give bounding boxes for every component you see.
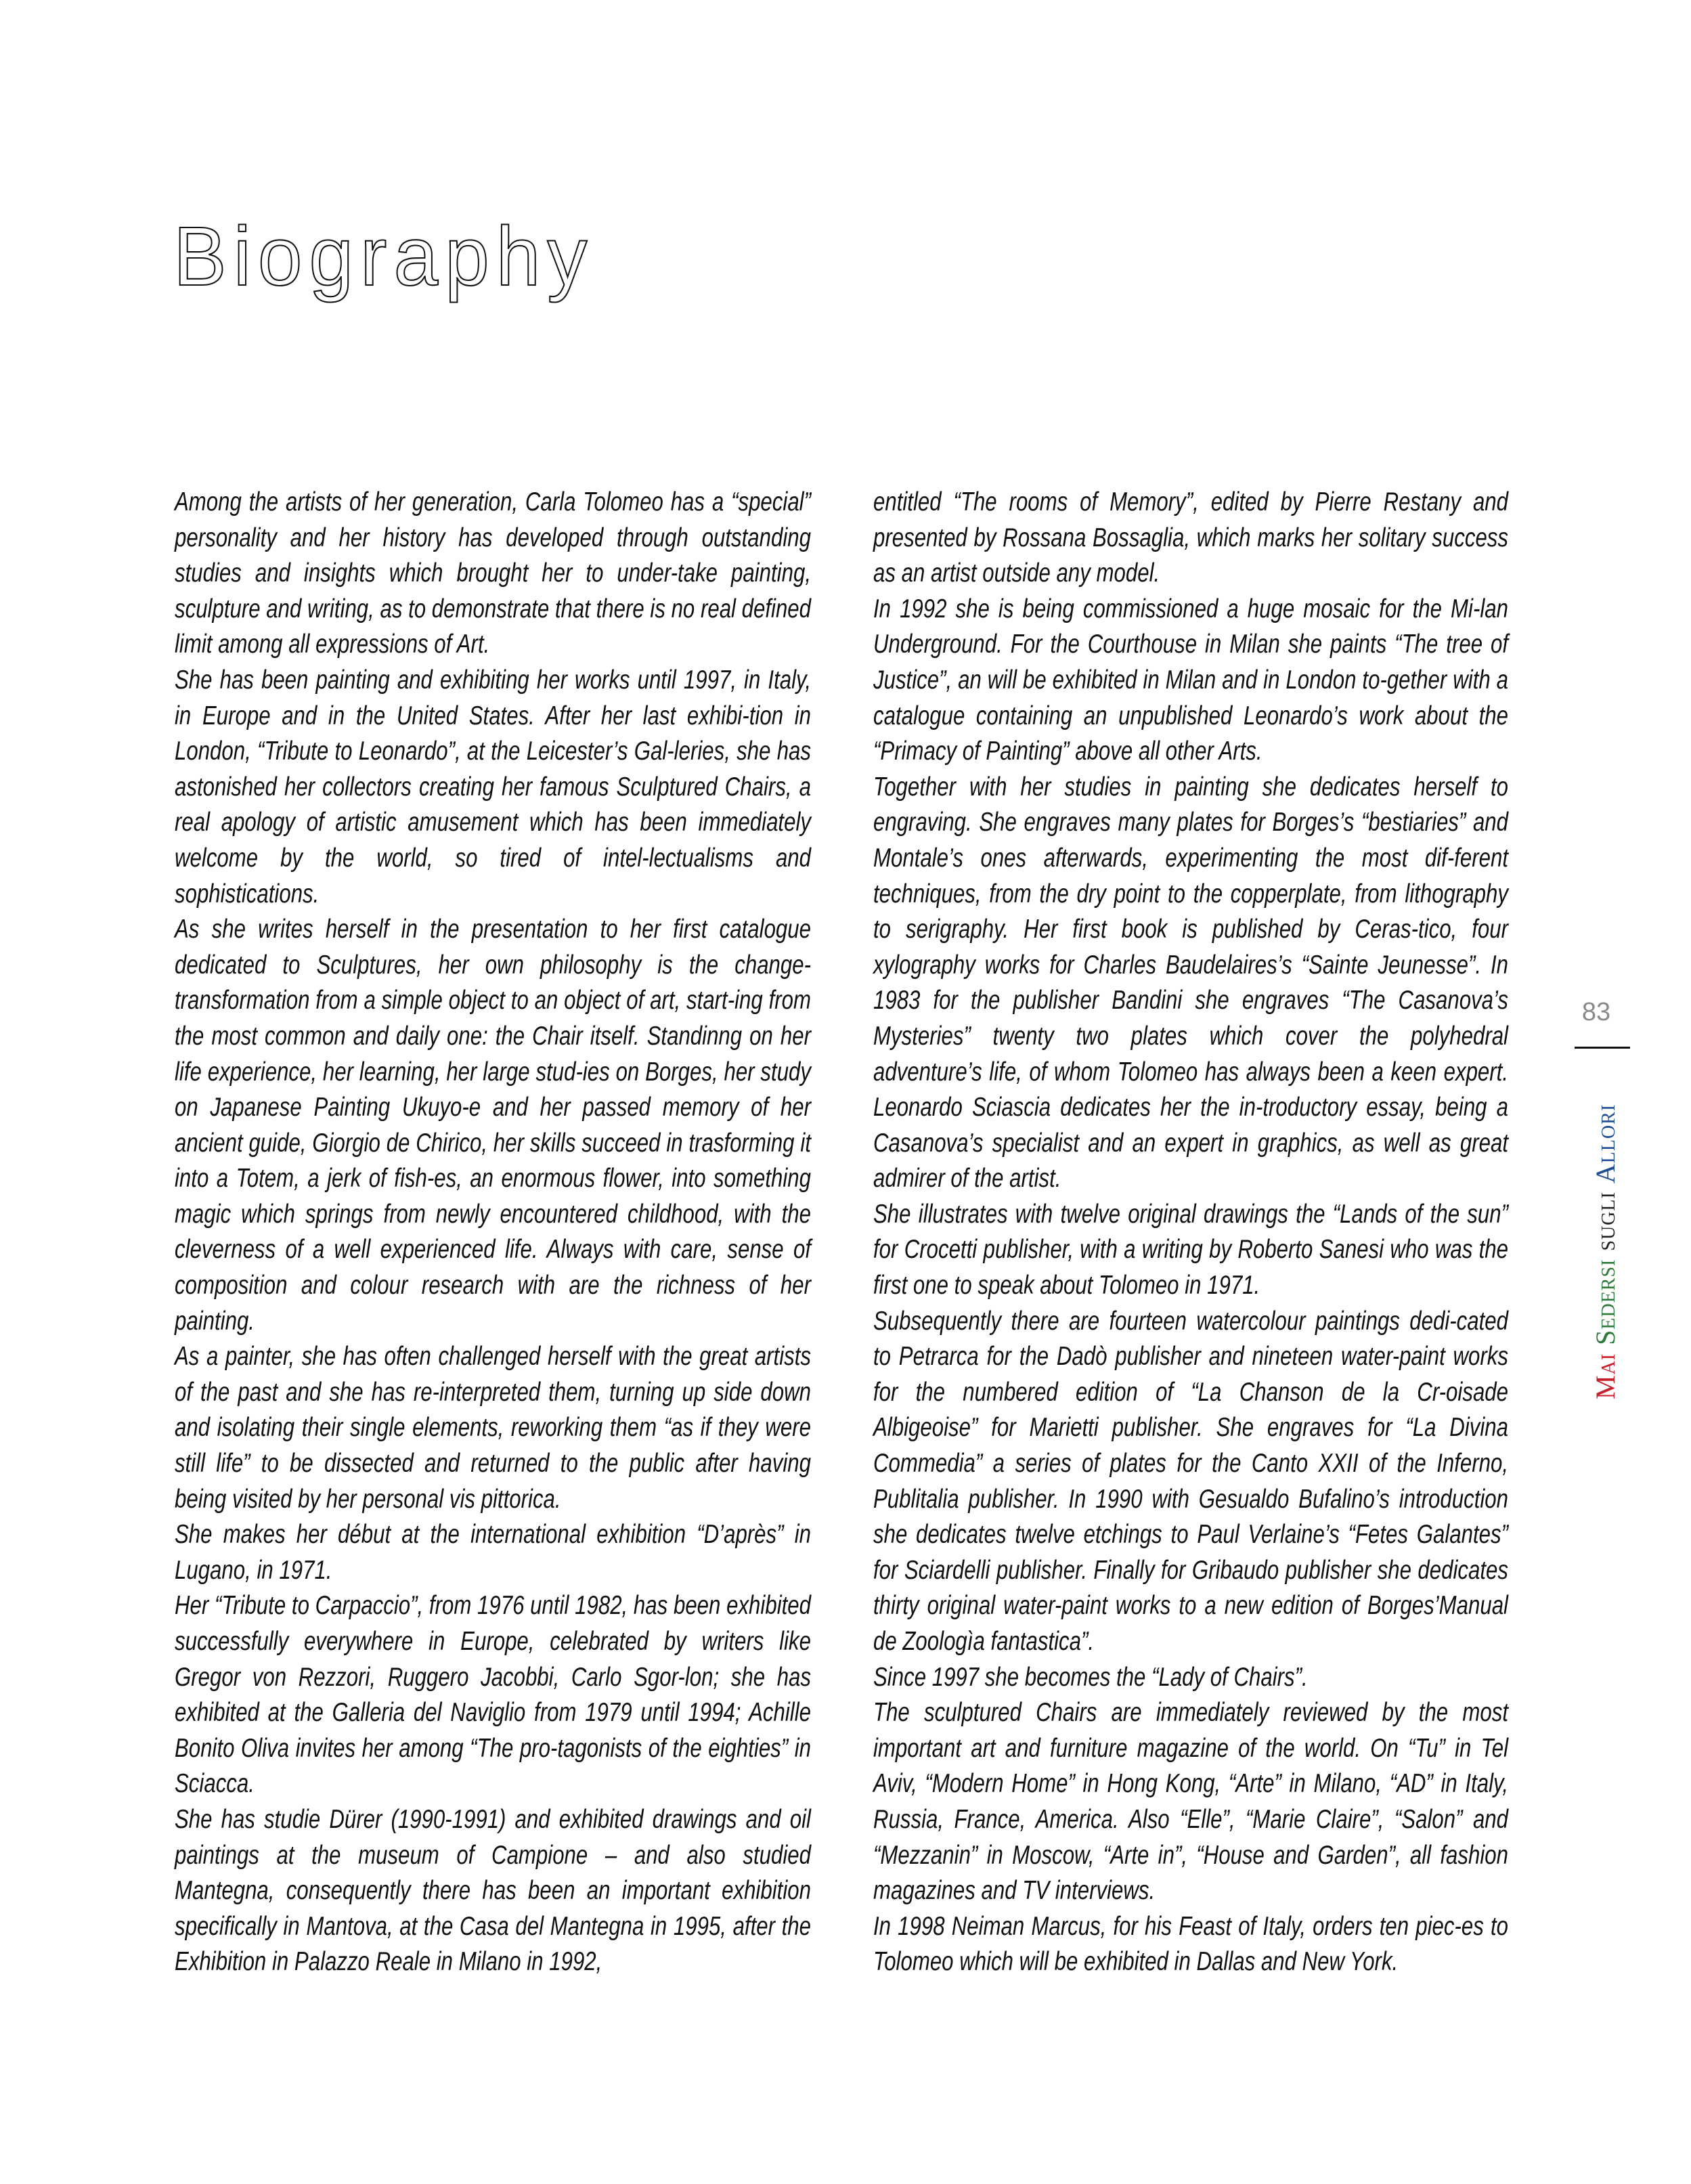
page-number-rule [1575, 1047, 1630, 1049]
left-column-body: Among the artists of her generation, Car… [175, 485, 811, 1980]
page-title: Biography [173, 215, 594, 299]
paragraph: Together with her studies in painting sh… [873, 770, 1508, 1197]
paragraph: entitled “The rooms of Memory”, edited b… [873, 485, 1508, 592]
page-title-text: Biography [173, 215, 594, 299]
paragraph: Since 1997 she becomes the “Lady of Chai… [873, 1660, 1508, 1696]
paragraph: She has been painting and exhibiting her… [175, 663, 811, 912]
paragraph: She makes her début at the international… [175, 1517, 811, 1588]
running-title-word-mai: Mai [1590, 1353, 1621, 1399]
paragraph: In 1998 Neiman Marcus, for his Feast of … [873, 1909, 1508, 1980]
left-text-column: Among the artists of her generation, Car… [175, 485, 811, 1980]
paragraph: She has studie Dürer (1990-1991) and exh… [175, 1802, 811, 1980]
paragraph: In 1992 she is being commissioned a huge… [873, 592, 1508, 770]
running-title: MaiSedersisugliAllori [1592, 1104, 1619, 1399]
right-text-column: entitled “The rooms of Memory”, edited b… [873, 485, 1508, 1980]
paragraph: The sculptured Chairs are immediately re… [873, 1695, 1508, 1909]
right-column-body: entitled “The rooms of Memory”, edited b… [873, 485, 1508, 1980]
running-title-word-sedersi: Sedersi [1590, 1259, 1621, 1345]
paragraph: As she writes herself in the presentatio… [175, 912, 811, 1339]
running-title-word-sugli: sugli [1590, 1192, 1621, 1250]
paragraph: As a painter, she has often challenged h… [175, 1339, 811, 1517]
paragraph: Subsequently there are fourteen watercol… [873, 1304, 1508, 1660]
paragraph: She illustrates with twelve original dra… [873, 1197, 1508, 1304]
paragraph: Among the artists of her generation, Car… [175, 485, 811, 663]
running-title-word-allori: Allori [1590, 1104, 1621, 1183]
page-number: 83 [1569, 999, 1623, 1025]
paragraph: Her “Tribute to Carpaccio”, from 1976 un… [175, 1588, 811, 1802]
